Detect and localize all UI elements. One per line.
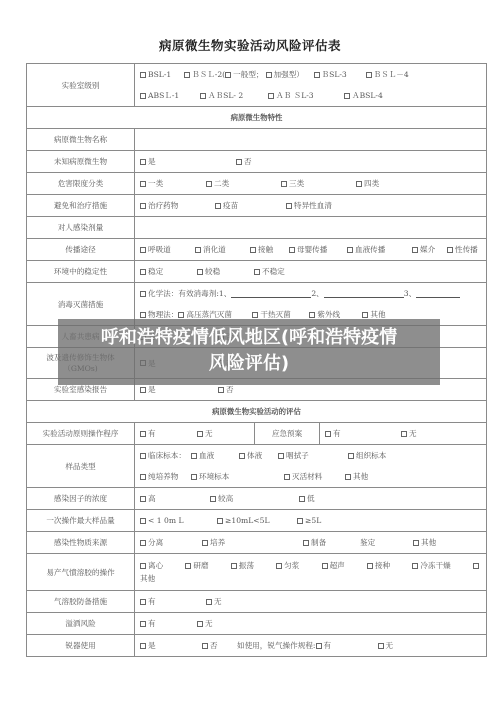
checkbox-icon [231, 563, 237, 569]
checkbox-chemical[interactable]: 化学法：有效消毒剂:1、 [140, 288, 231, 299]
checkbox-absl2[interactable]: ＡＢSL- 2 [200, 90, 268, 101]
checkbox-icon [140, 312, 146, 318]
checkbox-sop-yes[interactable]: 有 [140, 428, 197, 439]
row-hazard-class: 危害限度分类 一类 二类 三类 四类 [27, 173, 487, 195]
checkbox-blood[interactable]: 血液传播 [347, 244, 412, 255]
checkbox-icon [344, 93, 350, 99]
checkbox-icon [252, 312, 258, 318]
row-unknown-pathogen: 未知病原微生物 是 否 [27, 151, 487, 173]
row-label: 病原微生物名称 [27, 129, 135, 151]
checkbox-drugs[interactable]: 治疗药物 [140, 200, 215, 211]
checkbox-icon [345, 474, 351, 480]
checkbox-icon [413, 540, 419, 546]
checkbox-vaccine[interactable]: 疫苗 [215, 200, 286, 211]
checkbox-low[interactable]: 低 [299, 493, 315, 504]
checkbox-icon [140, 93, 146, 99]
checkbox-sexual[interactable]: 性传播 [447, 244, 478, 255]
checkbox-icon [254, 269, 260, 275]
checkbox-preparation[interactable]: 制备 [303, 537, 360, 548]
checkbox-icon [140, 291, 146, 297]
checkbox-emergency-no[interactable]: 无 [401, 428, 417, 439]
checkbox-clinical[interactable]: 临床标本： [140, 450, 191, 461]
checkbox-icon [362, 312, 368, 318]
checkbox-absl3[interactable]: ＡＢ ＳL-3 [268, 90, 344, 101]
other-label: 其他 [140, 573, 481, 584]
checkbox-icon [325, 431, 331, 437]
checkbox-icon [268, 93, 274, 99]
checkbox-icon [225, 72, 231, 78]
checkbox-homogenize[interactable]: 匀浆 [276, 560, 299, 571]
checkbox-icon [215, 203, 221, 209]
lab-level-options: BSL-1 ＢＳＬ-2( 一般型； 加强型） ＢSL-3 ＢＳＬ－4 ABSＬ-… [135, 64, 487, 107]
checkbox-bsl2[interactable]: ＢＳＬ-2( [184, 69, 225, 80]
checkbox-icon [347, 247, 353, 253]
checkbox-body-fluid[interactable]: 体液 [239, 450, 278, 461]
checkbox-emergency-yes[interactable]: 有 [325, 428, 401, 439]
checkbox-icon [202, 643, 208, 649]
checkbox-no[interactable]: 无 [197, 618, 213, 629]
checkbox-icon [140, 269, 146, 275]
checkbox-icon [281, 181, 287, 187]
checkbox-bsl3[interactable]: ＢSL-3 [314, 69, 366, 80]
checkbox-icon [197, 269, 203, 275]
checkbox-10ml-5l[interactable]: ≥10mL<5L [217, 516, 297, 525]
checkbox-icon [322, 563, 328, 569]
row-spill-risk: 溢洒风险 有 无 [27, 613, 487, 635]
row-sharps: 锐器使用 是 否 如使用，锐气操作规程: 有 无 [27, 635, 487, 657]
checkbox-icon [309, 312, 315, 318]
row-label: 避免和治疗措施 [27, 195, 135, 217]
checkbox-icon [206, 599, 212, 605]
checkbox-high[interactable]: 高 [140, 493, 210, 504]
checkbox-bsl2-general[interactable]: 一般型； [225, 69, 263, 80]
row-label: 样品类型 [27, 445, 135, 488]
checkbox-icon [140, 431, 146, 437]
row-aerosol-protection: 气溶胶防备措施 有 无 [27, 591, 487, 613]
checkbox-blood[interactable]: 血液 [191, 450, 239, 461]
sharps-procedure-label: 如使用，锐气操作规程: [237, 640, 316, 651]
checkbox-freeze-dry[interactable]: 冷冻干燥 [412, 560, 450, 571]
checkbox-icon [140, 159, 146, 165]
checkbox-icon [412, 563, 418, 569]
section-heading-pathogen-traits: 病原微生物特性 [27, 107, 487, 129]
checkbox-icon [140, 247, 146, 253]
checkbox-bsl4[interactable]: ＢＳＬ－4 [366, 69, 409, 80]
checkbox-procedure-no[interactable]: 无 [378, 640, 394, 651]
checkbox-icon [202, 540, 208, 546]
checkbox-serum[interactable]: 特异性血清 [286, 200, 332, 211]
checkbox-icon [266, 72, 272, 78]
checkbox-yes[interactable]: 是 [140, 640, 202, 651]
checkbox-absl4[interactable]: ＡBSL-4 [344, 90, 383, 101]
checkbox-contact[interactable]: 接触 [250, 244, 289, 255]
checkbox-shaking[interactable]: 振荡 [231, 560, 254, 571]
checkbox-icon [278, 453, 284, 459]
checkbox-icon [378, 643, 384, 649]
row-environment-stability: 环境中的稳定性 稳定 较稳 不稳定 [27, 261, 487, 283]
row-label: 实验活动原则操作程序 [27, 423, 135, 445]
checkbox-icon [303, 540, 309, 546]
disinfectant-1-input[interactable] [231, 289, 311, 298]
checkbox-no[interactable]: 否 [202, 640, 237, 651]
checkbox-other[interactable]: 其他 [345, 471, 368, 482]
checkbox-yes[interactable]: 有 [140, 596, 206, 607]
row-transmission: 传播途径 呼吸道 消化道 接触 母婴传播 血液传播 媒介 性传播 [27, 239, 487, 261]
checkbox-icon [140, 621, 146, 627]
checkbox-bsl1[interactable]: BSL-1 [140, 70, 184, 79]
disinfectant-3-input[interactable] [416, 289, 460, 298]
identification-text: 鉴定 [360, 537, 413, 548]
row-max-sample: 一次操作最大样品量 < 1 0m L ≥10mL<5L ≥5L [27, 510, 487, 532]
row-label: 未知病原微生物 [27, 151, 135, 173]
checkbox-icon [236, 159, 242, 165]
checkbox-icon [197, 621, 203, 627]
checkbox-icon [286, 203, 292, 209]
row-label: 感染因子的浓度 [27, 488, 135, 510]
checkbox-stable[interactable]: 稳定 [140, 266, 197, 277]
row-concentration: 感染因子的浓度 高 较高 低 [27, 488, 487, 510]
checkbox-icon [140, 203, 146, 209]
checkbox-icon [140, 387, 146, 393]
checkbox-icon [140, 643, 146, 649]
checkbox-icon [185, 563, 191, 569]
checkbox-icon [140, 599, 146, 605]
row-label: 环境中的稳定性 [27, 261, 135, 283]
checkbox-culture[interactable]: 培养 [202, 537, 303, 548]
form-title: 病原微生物实验活动风险评估表 [0, 36, 500, 54]
row-label: 气溶胶防备措施 [27, 591, 135, 613]
row-sop: 实验活动原则操作程序 有 无 应急预案 有 无 [27, 423, 487, 445]
checkbox-icon [366, 72, 372, 78]
checkbox-icon [191, 474, 197, 480]
checkbox-other[interactable]: 其他 [413, 537, 436, 548]
disinfectant-2-input[interactable] [324, 289, 404, 298]
checkbox-icon [140, 181, 146, 187]
checkbox-yes[interactable]: 是 [140, 384, 218, 395]
checkbox-icon [289, 247, 295, 253]
checkbox-icon [250, 247, 256, 253]
checkbox-icon [140, 518, 146, 524]
checkbox-procedure-yes[interactable]: 有 [316, 640, 378, 651]
emergency-plan-label: 应急预案 [255, 423, 320, 445]
row-label: 一次操作最大样品量 [27, 510, 135, 532]
row-lab-level: 实验室级别 BSL-1 ＢＳＬ-2( 一般型； 加强型） ＢSL-3 ＢＳＬ－4… [27, 64, 487, 107]
checkbox-icon [140, 453, 146, 459]
checkbox-icon [348, 453, 354, 459]
banner-line-2: 风险评估) [58, 351, 440, 377]
checkbox-throat-swab[interactable]: 咽拭子 [278, 450, 348, 461]
checkbox-class-2[interactable]: 二类 [206, 178, 281, 189]
checkbox-icon [210, 496, 216, 502]
infectious-dose-field[interactable] [135, 217, 487, 239]
checkbox-class-3[interactable]: 三类 [281, 178, 356, 189]
checkbox-no[interactable]: 无 [206, 596, 222, 607]
checkbox-respiratory[interactable]: 呼吸道 [140, 244, 195, 255]
row-label: 实验室级别 [27, 64, 135, 107]
row-infectious-source: 感染性物质来源 分离 培养 制备 鉴定 其他 [27, 532, 487, 554]
row-label: 传播途径 [27, 239, 135, 261]
checkbox-vector[interactable]: 媒介 [412, 244, 447, 255]
checkbox-icon [206, 181, 212, 187]
checkbox-icon [299, 496, 305, 502]
checkbox-centrifuge[interactable]: 离心 [140, 560, 163, 571]
checkbox-unstable[interactable]: 不稳定 [254, 266, 285, 277]
checkbox-icon [140, 540, 146, 546]
checkbox-ultrasound[interactable]: 超声 [322, 560, 345, 571]
row-label: 易产气憤溶胶的操作 [27, 554, 135, 591]
checkbox-icon [367, 563, 373, 569]
checkbox-inactivated[interactable]: 灭活材料 [284, 471, 345, 482]
section-heading-activity-assessment: 病原微生物实验活动的评估 [27, 401, 487, 423]
checkbox-icon [191, 453, 197, 459]
row-pathogen-name: 病原微生物名称 [27, 129, 487, 151]
checkbox-icon [140, 72, 146, 78]
checkbox-bsl2-enhanced[interactable]: 加强型） [266, 69, 314, 80]
checkbox-under-10ml[interactable]: < 1 0m L [140, 516, 217, 525]
row-sample-type: 样品类型 临床标本： 血液 体液 咽拭子 组织标本 纯培养物 环境标本 灭活材料… [27, 445, 487, 488]
checkbox-tissue[interactable]: 组织标本 [348, 450, 386, 461]
checkbox-icon [356, 181, 362, 187]
checkbox-other[interactable] [473, 561, 481, 570]
checkbox-icon [200, 93, 206, 99]
row-infectious-dose: 对人感染剂量 [27, 217, 487, 239]
checkbox-icon [314, 72, 320, 78]
checkbox-icon [140, 496, 146, 502]
checkbox-mother-infant[interactable]: 母婴传播 [289, 244, 347, 255]
row-prevention-treatment: 避免和治疗措施 治疗药物 疫苗 特异性血清 [27, 195, 487, 217]
checkbox-fairly-high[interactable]: 较高 [210, 493, 299, 504]
banner-line-1: 呼和浩特疫情低风地区(呼和浩特疫情 [58, 325, 440, 351]
checkbox-icon [297, 518, 303, 524]
checkbox-inoculation[interactable]: 接种 [367, 560, 390, 571]
row-label: 感染性物质来源 [27, 532, 135, 554]
checkbox-environmental[interactable]: 环境标本 [191, 471, 284, 482]
checkbox-pure-culture[interactable]: 纯培养物 [140, 471, 191, 482]
checkbox-icon [184, 72, 190, 78]
row-aerosol-operations: 易产气憤溶胶的操作 离心 研磨 振荡 匀浆 超声 接种 冷冻干燥 其他 [27, 554, 487, 591]
checkbox-yes[interactable]: 有 [140, 618, 197, 629]
checkbox-icon [412, 247, 418, 253]
checkbox-over-5l[interactable]: ≥5L [297, 516, 321, 525]
checkbox-no[interactable]: 否 [218, 384, 234, 395]
checkbox-icon [140, 563, 146, 569]
checkbox-class-1[interactable]: 一类 [140, 178, 206, 189]
checkbox-icon [276, 563, 282, 569]
row-label: 对人感染剂量 [27, 217, 135, 239]
checkbox-icon [401, 431, 407, 437]
checkbox-icon [218, 387, 224, 393]
checkbox-isolation[interactable]: 分离 [140, 537, 202, 548]
checkbox-icon [178, 312, 184, 318]
checkbox-class-4[interactable]: 四类 [356, 178, 379, 189]
checkbox-icon [217, 518, 223, 524]
checkbox-no[interactable]: 否 [236, 156, 252, 167]
checkbox-icon [473, 563, 479, 569]
checkbox-icon [284, 474, 290, 480]
pathogen-name-field[interactable] [135, 129, 487, 151]
checkbox-yes[interactable]: 是 [140, 156, 236, 167]
row-label: 危害限度分类 [27, 173, 135, 195]
checkbox-icon [447, 247, 453, 253]
overlay-banner: 呼和浩特疫情低风地区(呼和浩特疫情 风险评估) [58, 319, 440, 385]
row-label: 溢洒风险 [27, 613, 135, 635]
checkbox-icon [316, 643, 322, 649]
checkbox-icon [195, 247, 201, 253]
checkbox-grinding[interactable]: 研磨 [185, 560, 208, 571]
row-label: 锐器使用 [27, 635, 135, 657]
checkbox-digestive[interactable]: 消化道 [195, 244, 250, 255]
checkbox-icon [197, 431, 203, 437]
checkbox-absl1[interactable]: ABSＬ-1 [140, 90, 200, 101]
checkbox-sop-no[interactable]: 无 [197, 428, 213, 439]
checkbox-icon [140, 474, 146, 480]
checkbox-fairly-stable[interactable]: 较稳 [197, 266, 254, 277]
checkbox-icon [239, 453, 245, 459]
